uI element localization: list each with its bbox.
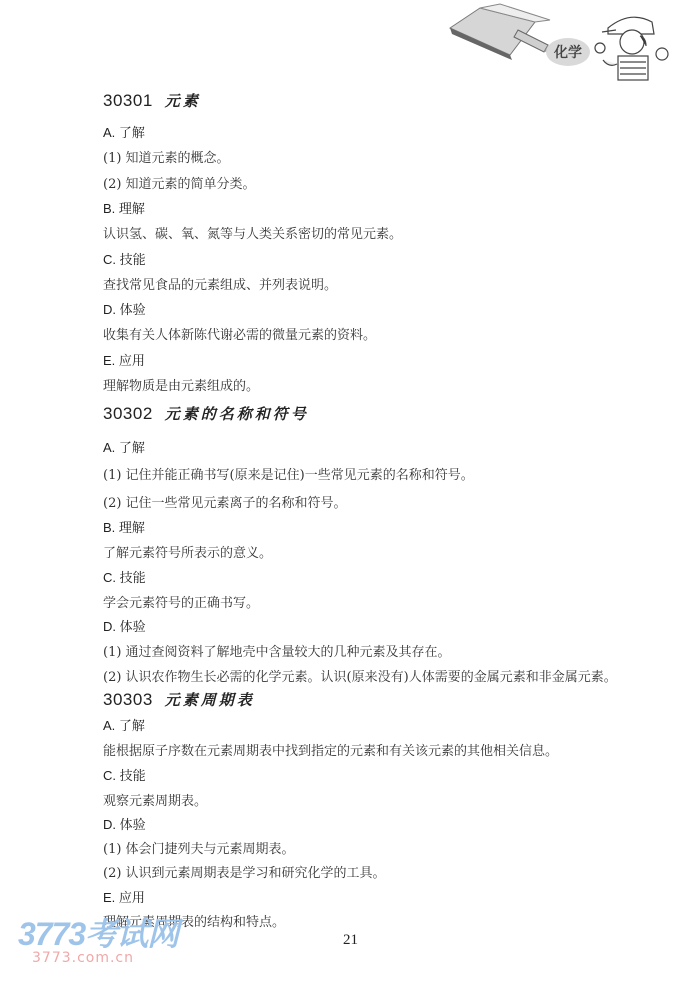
- objective-text: 理解物质是由元素组成的。: [103, 375, 259, 394]
- objective-text: 收集有关人体新陈代谢必需的微量元素的资料。: [103, 324, 376, 343]
- level-heading: D. 体验: [103, 299, 146, 318]
- level-heading: D. 体验: [103, 814, 146, 833]
- objective-text: 观察元素周期表。: [103, 790, 207, 809]
- level-heading: E. 应用: [103, 887, 145, 906]
- level-heading: A. 了解: [103, 437, 145, 456]
- objective-text: (2) 记住一些常见元素离子的名称和符号。: [103, 492, 347, 511]
- level-heading: C. 技能: [103, 249, 146, 268]
- page-number: 21: [343, 932, 358, 949]
- section-code: 30302: [103, 404, 153, 423]
- objective-text: 学会元素符号的正确书写。: [103, 592, 259, 611]
- objective-text: (1) 记住并能正确书写(原来是记住)一些常见元素的名称和符号。: [103, 464, 474, 483]
- section-name: 元素周期表: [165, 691, 255, 709]
- watermark-url: 3773.com.cn: [32, 950, 178, 966]
- section-name: 元素: [165, 92, 201, 110]
- watermark: 3773考试网 3773.com.cn: [18, 918, 178, 966]
- objective-text: (2) 认识到元素周期表是学习和研究化学的工具。: [103, 862, 386, 881]
- section-heading: 30303元素周期表: [103, 689, 255, 710]
- level-heading: B. 理解: [103, 198, 145, 217]
- level-heading: E. 应用: [103, 350, 145, 369]
- level-heading: C. 技能: [103, 765, 146, 784]
- objective-text: 认识氢、碳、氧、氮等与人类关系密切的常见元素。: [103, 223, 402, 242]
- level-heading: B. 理解: [103, 517, 145, 536]
- level-heading: A. 了解: [103, 122, 145, 141]
- objective-text: 能根据原子序数在元素周期表中找到指定的元素和有关该元素的其他相关信息。: [103, 740, 558, 759]
- header-illustration: 化学: [440, 0, 700, 82]
- objective-text: (2) 认识农作物生长必需的化学元素。认识(原来没有)人体需要的金属元素和非金属…: [103, 666, 617, 685]
- objective-text: 查找常见食品的元素组成、并列表说明。: [103, 274, 337, 293]
- section-code: 30303: [103, 690, 153, 709]
- section-heading: 30302元素的名称和符号: [103, 403, 309, 424]
- objective-text: (2) 知道元素的简单分类。: [103, 173, 256, 192]
- objective-text: (1) 通过查阅资料了解地壳中含量较大的几种元素及其存在。: [103, 641, 451, 660]
- level-heading: A. 了解: [103, 715, 145, 734]
- section-code: 30301: [103, 91, 153, 110]
- open-book-icon: [450, 4, 550, 60]
- watermark-logo: 3773考试网: [18, 918, 178, 950]
- section-name: 元素的名称和符号: [165, 405, 309, 423]
- level-heading: D. 体验: [103, 616, 146, 635]
- objective-text: (1) 知道元素的概念。: [103, 147, 230, 166]
- objective-text: (1) 体会门捷列夫与元素周期表。: [103, 838, 295, 857]
- objective-text: 了解元素符号所表示的意义。: [103, 542, 272, 561]
- section-heading: 30301元素: [103, 90, 201, 111]
- level-heading: C. 技能: [103, 567, 146, 586]
- subject-badge: 化学: [553, 44, 582, 61]
- cartoon-boy-icon: [595, 17, 668, 80]
